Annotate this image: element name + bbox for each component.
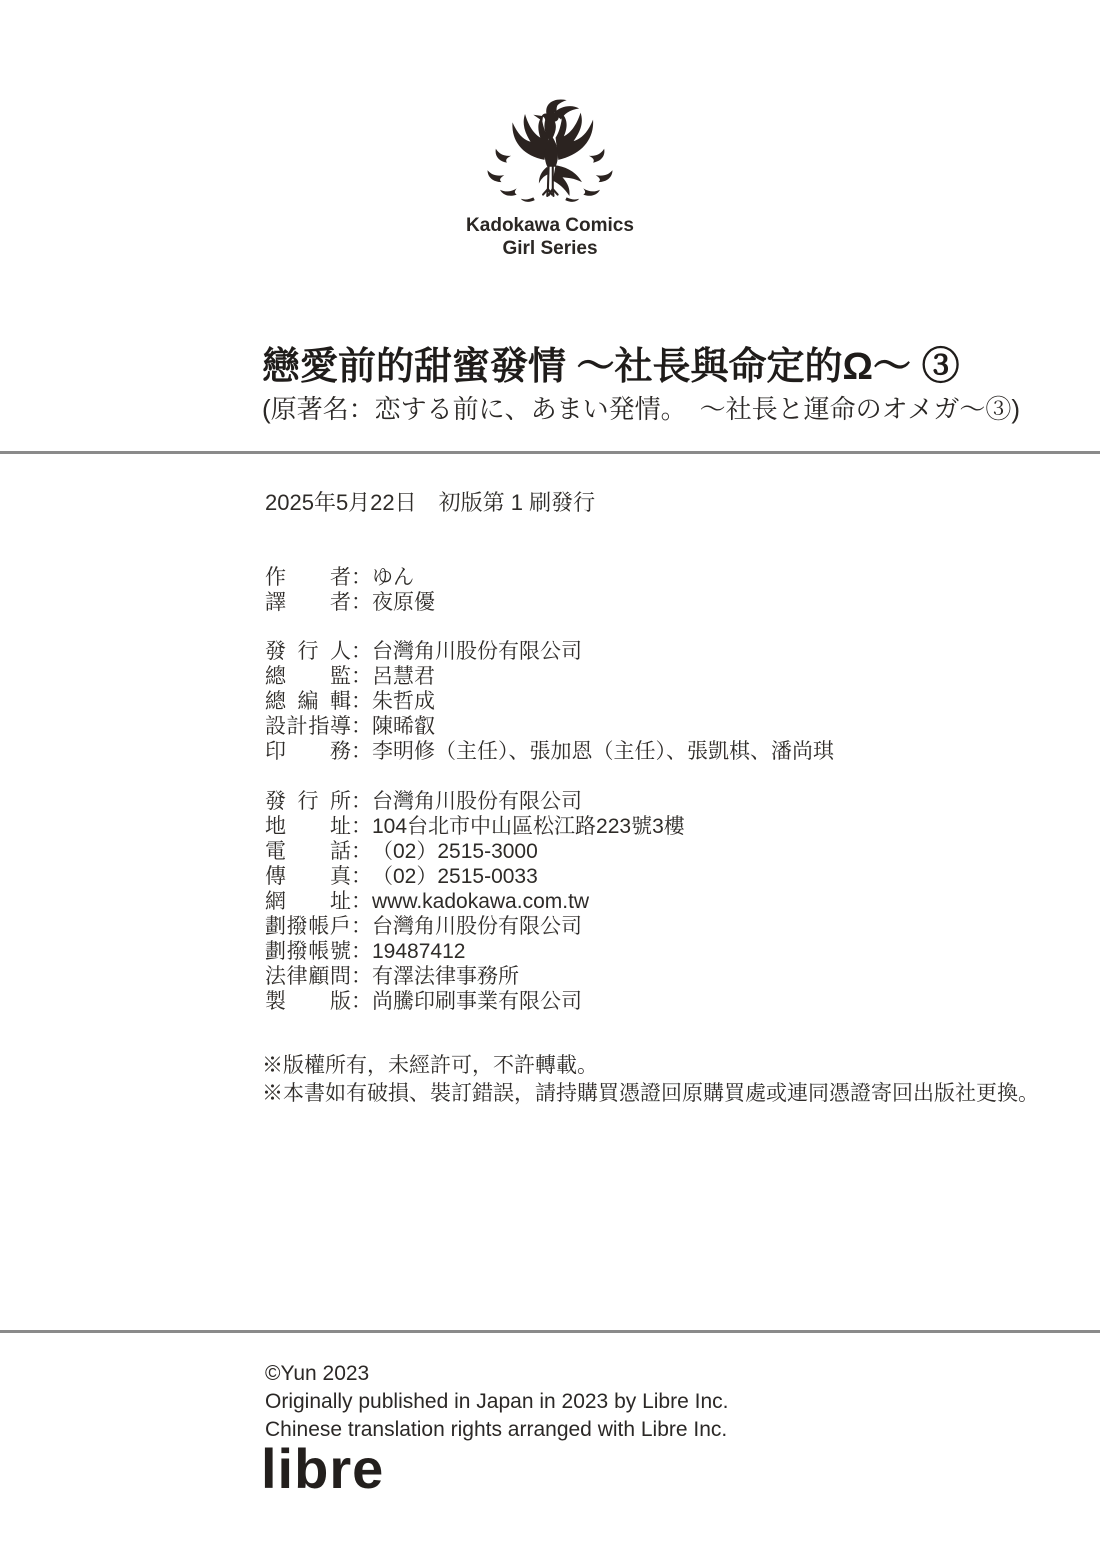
credit-label: 網址 [265, 889, 351, 914]
credits-staff-block: 發行人：台灣角川股份有限公司 總監：呂慧君 總編輯：朱哲成 設計指導：陳晞叡 印… [265, 639, 834, 764]
credit-label: 譯者 [265, 590, 351, 615]
copyright-notice: ※版權所有，未經許可，不許轉載。 [262, 1052, 1039, 1080]
credit-value: 有澤法律事務所 [372, 965, 519, 988]
damaged-copy-notice: ※本書如有破損、裝訂錯誤，請持購買憑證回原購買處或連同憑證寄回出版社更換。 [262, 1080, 1039, 1108]
credit-row-phone: 電話：（02）2515-3000 [265, 839, 685, 864]
credit-value: 台灣角川股份有限公司 [372, 790, 582, 813]
credit-row-publishing-office: 發行所：台灣角川股份有限公司 [265, 789, 685, 814]
credit-colon: ： [351, 939, 372, 964]
divider-bottom [0, 1330, 1100, 1333]
credit-label: 作者 [265, 565, 351, 590]
libre-publisher-logo: libre [261, 1436, 384, 1501]
credit-value: 朱哲成 [372, 690, 435, 713]
series-name-line1: Kadokawa Comics [0, 214, 1100, 237]
credit-value: ゆん [372, 566, 414, 589]
credit-label: 電話 [265, 839, 351, 864]
credit-label: 劃撥帳號 [265, 939, 351, 964]
credit-colon: ： [351, 739, 372, 764]
credit-row-postal-account-number: 劃撥帳號：19487412 [265, 939, 685, 964]
credit-value: 夜原優 [372, 591, 435, 614]
credit-label: 劃撥帳戶 [265, 914, 351, 939]
footer-license-line1: Originally published in Japan in 2023 by… [265, 1388, 728, 1416]
footer-license-block: ©Yun 2023 Originally published in Japan … [265, 1360, 728, 1444]
credit-row-postal-account-name: 劃撥帳戶：台灣角川股份有限公司 [265, 914, 685, 939]
credit-label: 製版 [265, 989, 351, 1014]
rights-notices: ※版權所有，未經許可，不許轉載。 ※本書如有破損、裝訂錯誤，請持購買憑證回原購買… [262, 1052, 1039, 1108]
credit-colon: ： [351, 864, 372, 889]
credit-colon: ： [351, 714, 372, 739]
credit-row-website: 網址：www.kadokawa.com.tw [265, 889, 685, 914]
credit-colon: ： [351, 914, 372, 939]
credit-row-chief-editor: 總編輯：朱哲成 [265, 689, 834, 714]
credit-value: 台灣角川股份有限公司 [372, 640, 582, 663]
credit-label: 法律顧問 [265, 964, 351, 989]
divider-top [0, 451, 1100, 454]
credit-value-website: www.kadokawa.com.tw [372, 890, 589, 913]
credit-label: 印務 [265, 739, 351, 764]
credit-colon: ： [351, 565, 372, 590]
phoenix-crest-icon [475, 96, 625, 214]
credits-author-block: 作者：ゆん 譯者：夜原優 [265, 565, 435, 615]
credit-colon: ： [351, 689, 372, 714]
credit-row-publisher-person: 發行人：台灣角川股份有限公司 [265, 639, 834, 664]
book-title: 戀愛前的甜蜜發情 ～社長與命定的Ω～ ③ [262, 344, 1062, 390]
credit-row-plate-making: 製版：尚騰印刷事業有限公司 [265, 989, 685, 1014]
credit-label: 傳真 [265, 864, 351, 889]
original-title: (原著名：恋する前に、あまい発情。 ～社長と運命のオメガ～③) [262, 392, 1062, 426]
print-edition-line: 2025年5月22日 初版第 1 刷發行 [265, 486, 595, 517]
credit-colon: ： [351, 839, 372, 864]
credit-row-legal-advisor: 法律顧問：有澤法律事務所 [265, 964, 685, 989]
credit-colon: ： [351, 789, 372, 814]
credit-value: 104台北市中山區松江路223號3樓 [372, 815, 685, 838]
credit-row-fax: 傳真：（02）2515-0033 [265, 864, 685, 889]
credit-label: 發行所 [265, 789, 351, 814]
credit-colon: ： [351, 964, 372, 989]
publisher-crest-block: Kadokawa Comics Girl Series [0, 96, 1100, 260]
title-block: 戀愛前的甜蜜發情 ～社長與命定的Ω～ ③ (原著名：恋する前に、あまい発情。 ～… [262, 344, 1062, 426]
credit-colon: ： [351, 989, 372, 1014]
credit-label: 總編輯 [265, 689, 351, 714]
credit-colon: ： [351, 664, 372, 689]
credit-row-design-director: 設計指導：陳晞叡 [265, 714, 834, 739]
credit-label: 總監 [265, 664, 351, 689]
credit-value: 19487412 [372, 940, 465, 963]
credit-row-author: 作者：ゆん [265, 565, 435, 590]
credit-colon: ： [351, 590, 372, 615]
credit-label: 發行人 [265, 639, 351, 664]
credit-value: 台灣角川股份有限公司 [372, 915, 582, 938]
credit-label: 設計指導 [265, 714, 351, 739]
credit-value: （02）2515-0033 [372, 865, 538, 888]
credit-row-supervisor: 總監：呂慧君 [265, 664, 834, 689]
credit-value: 尚騰印刷事業有限公司 [372, 990, 582, 1013]
credit-value: 陳晞叡 [372, 715, 435, 738]
credit-label: 地址 [265, 814, 351, 839]
credit-row-translator: 譯者：夜原優 [265, 590, 435, 615]
credit-row-address: 地址：104台北市中山區松江路223號3樓 [265, 814, 685, 839]
credit-colon: ： [351, 889, 372, 914]
credit-colon: ： [351, 814, 372, 839]
credit-value: 李明修（主任）、張加恩（主任）、張凱棋、潘尚琪 [372, 740, 834, 763]
credit-value: 呂慧君 [372, 665, 435, 688]
series-name-line2: Girl Series [0, 237, 1100, 260]
credit-value: （02）2515-3000 [372, 840, 538, 863]
credits-publisher-block: 發行所：台灣角川股份有限公司 地址：104台北市中山區松江路223號3樓 電話：… [265, 789, 685, 1014]
footer-copyright: ©Yun 2023 [265, 1360, 728, 1388]
credit-colon: ： [351, 639, 372, 664]
credit-row-printing: 印務：李明修（主任）、張加恩（主任）、張凱棋、潘尚琪 [265, 739, 834, 764]
